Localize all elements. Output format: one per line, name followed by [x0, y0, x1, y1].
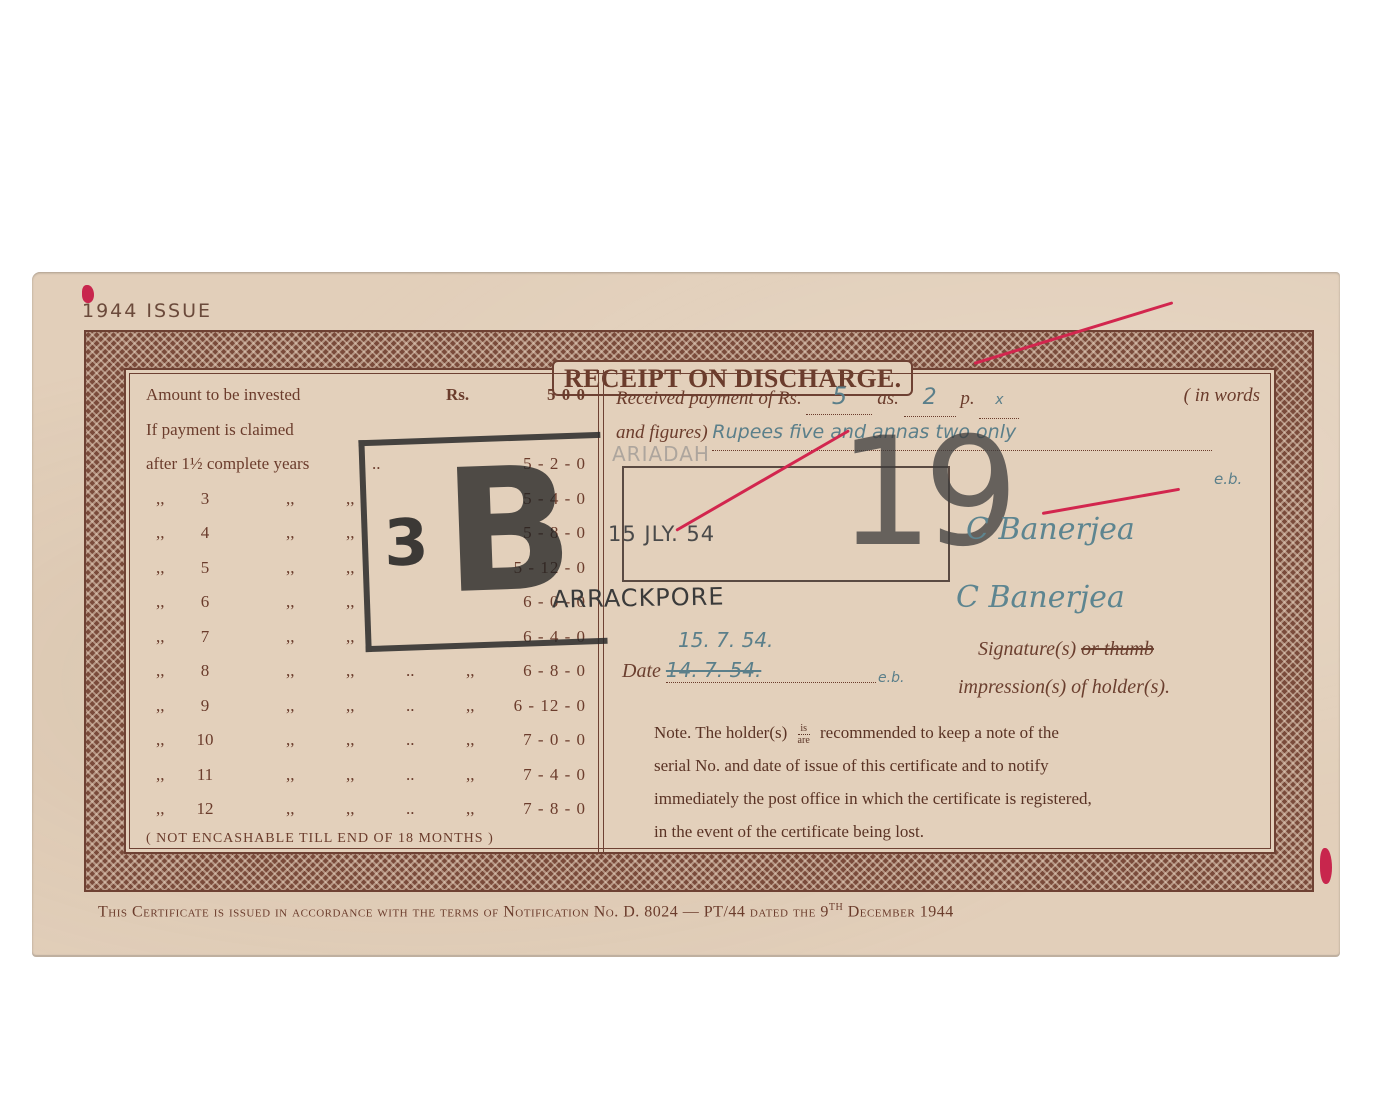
years: 5 — [194, 551, 216, 586]
years: 4 — [194, 516, 216, 551]
date-corrected: 15. 7. 54. — [678, 628, 773, 652]
amount-value: 5 0 0 — [456, 378, 586, 413]
years: 10 — [194, 723, 216, 758]
claim-after-label: after 1½ complete years — [146, 447, 309, 482]
holder-note: Note. The holder(s) isare recommended to… — [654, 716, 1226, 848]
years: 9 — [194, 689, 216, 724]
holder-signature-1: C Banerjea — [966, 512, 1135, 547]
box-stamp-3b: 3 B — [358, 432, 607, 652]
value: 7 - 4 - 0 — [456, 758, 586, 793]
value: 6 - 8 - 0 — [456, 654, 586, 689]
years: 7 — [194, 620, 216, 655]
years: 11 — [194, 758, 216, 793]
signature-label: Signature(s) or thumb — [978, 638, 1154, 661]
box-stamp-letter: B — [441, 439, 577, 623]
holder-signature-2: C Banerjea — [956, 580, 1125, 615]
table-row: ,, 8 ,, ,, .. ,, 6 - 8 - 0 — [146, 654, 586, 689]
received-label: Received payment of Rs. — [616, 388, 802, 409]
table-row: ,, 11 ,, ,, .. ,, 7 - 4 - 0 — [146, 758, 586, 793]
is-are-fraction: isare — [798, 723, 810, 746]
and-figures-label: and figures) — [616, 422, 708, 443]
date-label: Date — [622, 660, 661, 682]
date-line: Date 14. 7. 54. — [622, 658, 876, 683]
value: 7 - 8 - 0 — [456, 792, 586, 827]
date-struck: 14. 7. 54. — [666, 658, 876, 683]
ornamental-border: RECEIPT ON DISCHARGE. Amount to be inves… — [84, 330, 1314, 892]
table-row: ,, 10 ,, ,, .. ,, 7 - 0 - 0 — [146, 723, 586, 758]
impression-label: impression(s) of holder(s). — [958, 676, 1170, 699]
red-ink-blot — [1320, 848, 1332, 884]
encashable-note: ( NOT ENCASHABLE TILL END OF 18 MONTHS ) — [146, 831, 586, 847]
amount-row: Amount to be invested Rs. 5 0 0 — [146, 378, 586, 413]
in-words-label: ( in words — [1184, 378, 1260, 414]
issue-label: 1944 ISSUE — [82, 300, 212, 322]
years: 12 — [194, 792, 216, 827]
value: 6 - 12 - 0 — [456, 689, 586, 724]
amount-label: Amount to be invested — [146, 378, 300, 413]
table-row: ,, 9 ,, ,, .. ,, 6 - 12 - 0 — [146, 689, 586, 724]
thumb-struck: or thumb — [1081, 638, 1154, 660]
postmark-top-text: ARIADAH — [612, 442, 710, 466]
correction-initials: e.b. — [1214, 470, 1242, 488]
table-row: ,, 12 ,, ,, .. ,, 7 - 8 - 0 — [146, 792, 586, 827]
postmark-date: 15 JLY. 54 — [608, 522, 715, 546]
red-ink-blot — [82, 285, 94, 303]
years: 6 — [194, 585, 216, 620]
box-stamp-number: 3 — [383, 506, 430, 582]
claim-label: If payment is claimed — [146, 413, 294, 448]
years: 8 — [194, 654, 216, 689]
notification-footer: This Certificate is issued in accordance… — [98, 902, 954, 921]
value: 7 - 0 - 0 — [456, 723, 586, 758]
years: 3 — [194, 482, 216, 517]
date-initials: e.b. — [878, 670, 904, 686]
